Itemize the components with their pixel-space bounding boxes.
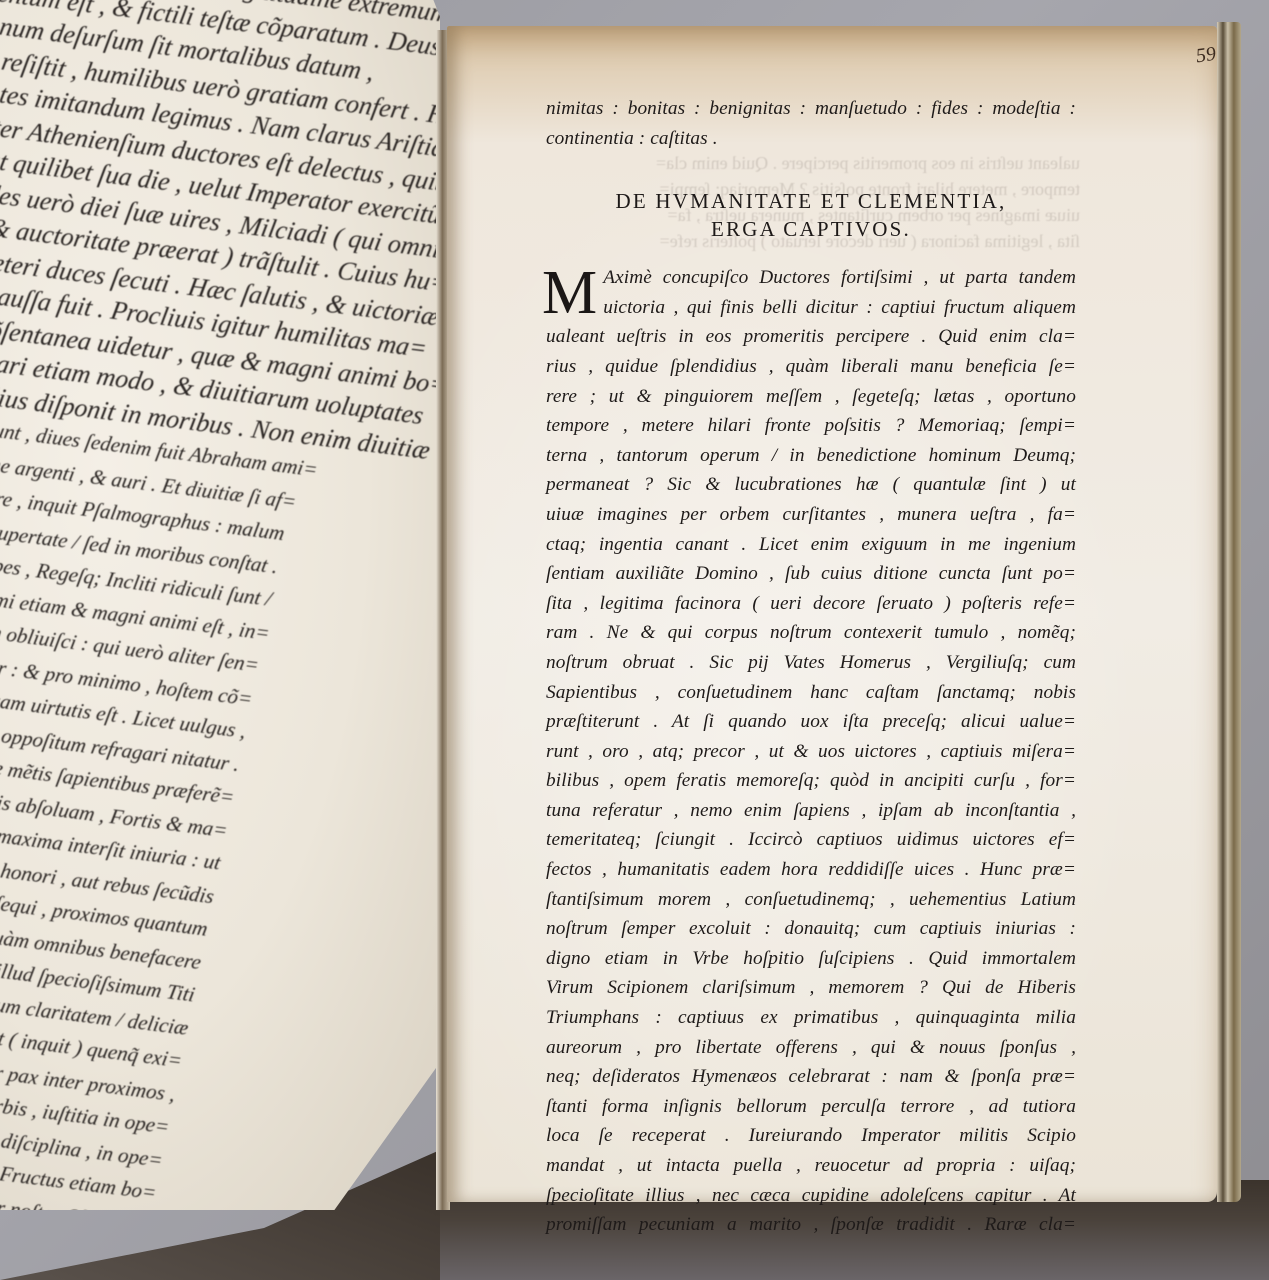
text-line: mandat , ut intacta puella , reuocetur a… bbox=[546, 1151, 1076, 1181]
text-line: uiuæ imagines per orbem curſitantes , mu… bbox=[546, 500, 1076, 530]
text-line: ſpecioſitate illius , nec cæca cupidine … bbox=[546, 1181, 1076, 1211]
heading-line-1: DE HVMANITATE ET CLEMENTIA, bbox=[546, 187, 1076, 215]
text-line: terna , tantorum operum / in benediction… bbox=[546, 441, 1076, 471]
text-line: rere ; ut & pinguiorem meſſem , ſegeteſq… bbox=[546, 382, 1076, 412]
text-line: ram . Ne & qui corpus noſtrum contexerit… bbox=[546, 618, 1076, 648]
book-photo: rationem ſpectes : pondere magnitudine e… bbox=[0, 0, 1269, 1280]
text-line: permaneat ? Sic & lucubrationes hæ ( qua… bbox=[546, 470, 1076, 500]
text-line: bilibus , opem feratis memoreſq; quòd in… bbox=[546, 766, 1076, 796]
text-line: Virum Scipionem clariſsimum , memorem ? … bbox=[546, 973, 1076, 1003]
text-line: ſita , legitima facinora ( ueri decore ſ… bbox=[546, 589, 1076, 619]
drop-cap-initial: M bbox=[542, 266, 597, 320]
text-line: rius , quidue ſplendidius , quàm liberal… bbox=[546, 352, 1076, 382]
page-number: 59 bbox=[1194, 43, 1217, 69]
text-line: noſtrum ſemper excoluit : donauitq; cum … bbox=[546, 914, 1076, 944]
right-page-text: nimitas : bonitas : benignitas : manſuet… bbox=[546, 94, 1076, 1240]
heading-line-2: ERGA CAPTIVOS. bbox=[546, 215, 1076, 243]
text-line: ſtanti forma inſignis bellorum perculſa … bbox=[546, 1092, 1076, 1122]
text-line: promiſſam pecuniam a marito , ſponſæ tra… bbox=[546, 1210, 1076, 1240]
text-line: loca ſe receperat . Iureiurando Imperato… bbox=[546, 1121, 1076, 1151]
text-line: præſtiterunt . At ſi quando uox iſta pre… bbox=[546, 707, 1076, 737]
text-line: Triumphans : captiuus ex primatibus , qu… bbox=[546, 1003, 1076, 1033]
text-line: aureorum , pro libertate offerens , qui … bbox=[546, 1033, 1076, 1063]
text-line: ſentiam auxiliãte Domino , ſub cuius dit… bbox=[546, 559, 1076, 589]
text-line: ſtantiſsimum morem , conſuetudinemq; , u… bbox=[546, 885, 1076, 915]
text-line: runt , oro , atq; precor , ut & uos uict… bbox=[546, 737, 1076, 767]
left-page: rationem ſpectes : pondere magnitudine e… bbox=[0, 0, 440, 1210]
body-paragraph: M Aximè concupiſco Ductores fortiſsimi ,… bbox=[546, 263, 1076, 1240]
text-line: neq; deſideratos Hymenæos celebrarat : n… bbox=[546, 1062, 1076, 1092]
text-line: Aximè concupiſco Ductores fortiſsimi , u… bbox=[546, 263, 1076, 293]
text-line: noſtrum obruat . Sic pij Vates Homerus ,… bbox=[546, 648, 1076, 678]
text-line: Sapientibus , conſuetudinem hanc caſtam … bbox=[546, 678, 1076, 708]
text-line: digno etiam in Vrbe hoſpitio ſuſcipiens … bbox=[546, 944, 1076, 974]
continuation-line: continentia : caſtitas . bbox=[546, 124, 1076, 154]
text-line: temeritateq; ſciungit . Iccircò captiuos… bbox=[546, 825, 1076, 855]
page-fore-edge bbox=[1217, 22, 1241, 1202]
text-line: fectos , humanitatis eadem hora reddidiſ… bbox=[546, 855, 1076, 885]
text-line: tempore , metere hilari fronte poſsitis … bbox=[546, 411, 1076, 441]
text-line: uictoria , qui finis belli dicitur : cap… bbox=[546, 293, 1076, 323]
chapter-heading: DE HVMANITATE ET CLEMENTIA, ERGA CAPTIVO… bbox=[546, 187, 1076, 243]
text-line: tuna referatur , nemo enim ſapiens , ipſ… bbox=[546, 796, 1076, 826]
text-line: ctaq; ingentia canant . Licet enim exigu… bbox=[546, 530, 1076, 560]
text-line: ualeant ueſtris in eos promeritis percip… bbox=[546, 322, 1076, 352]
left-page-text: rationem ſpectes : pondere magnitudine e… bbox=[0, 0, 390, 1210]
continuation-line: nimitas : bonitas : benignitas : manſuet… bbox=[546, 94, 1076, 124]
